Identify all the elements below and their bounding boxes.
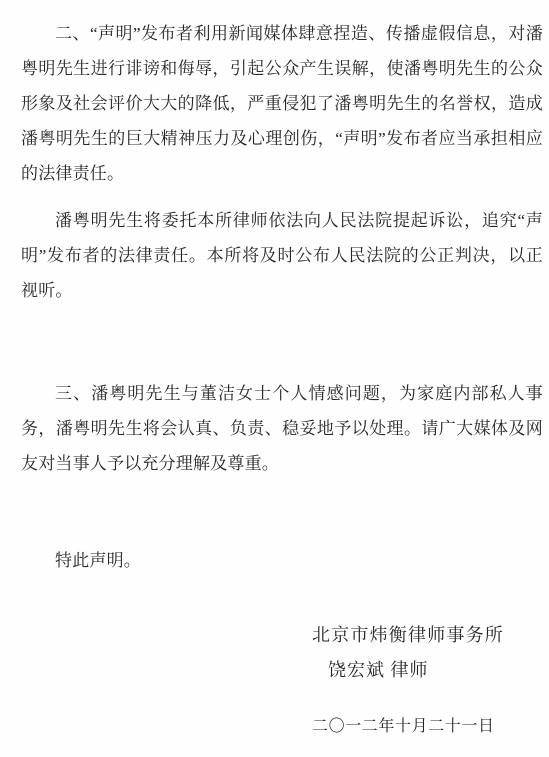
lawyer-name: 饶宏斌 律师 <box>312 653 543 688</box>
signature-block: 北京市炜衡律师事务所 饶宏斌 律师 二〇一二年十月二十一日 <box>312 618 543 744</box>
statement-clause-3: 三、潘粤明先生与董洁女士个人情感问题，为家庭内部私人事务，潘粤明先生将会认真、负… <box>21 376 543 481</box>
statement-lawsuit-paragraph: 潘粤明先生将委托本所律师依法向人民法院提起诉讼，追究“声明”发布者的法律责任。本… <box>21 203 543 308</box>
closing-declaration: 特此声明。 <box>21 543 543 578</box>
statement-clause-2: 二、“声明”发布者利用新闻媒体肆意捏造、传播虚假信息，对潘粤明先生进行诽谤和侮辱… <box>21 16 543 191</box>
law-firm-name: 北京市炜衡律师事务所 <box>312 618 543 653</box>
legal-statement-page: 二、“声明”发布者利用新闻媒体肆意捏造、传播虚假信息，对潘粤明先生进行诽谤和侮辱… <box>0 0 549 757</box>
statement-date: 二〇一二年十月二十一日 <box>312 709 543 744</box>
